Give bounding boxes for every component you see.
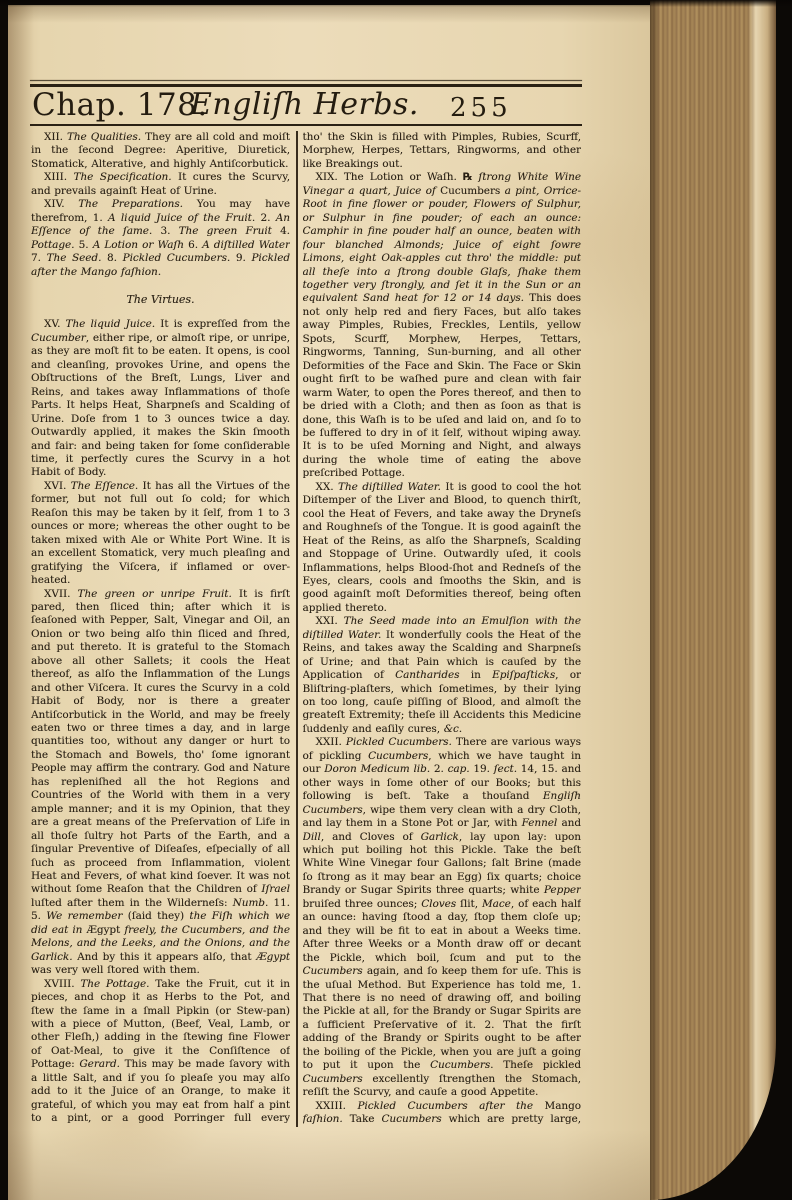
page-background: Chap. 178. Engliſh Herbs. 255 XII. The Q… (0, 0, 792, 1200)
header-rule-bottom (30, 124, 582, 126)
section-heading: The Virtues. (31, 293, 290, 306)
paragraph: XIV. The Preparations. You may have ther… (31, 198, 290, 279)
page-header: Chap. 178. Engliſh Herbs. 255 (30, 87, 582, 125)
column-divider (296, 131, 298, 1127)
chapter-label: Chap. 178. (32, 87, 208, 123)
right-column: tho' the Skin is filled with Pimples, Ru… (303, 131, 582, 1127)
paragraph: XXI. The Seed made into an Emulſion with… (303, 615, 582, 736)
paragraph: XVII. The green or unripe Fruit. It is f… (31, 588, 290, 978)
paragraph: XIII. The Specification. It cures the Sc… (31, 171, 290, 198)
book-page: Chap. 178. Engliſh Herbs. 255 XII. The Q… (8, 5, 658, 1200)
left-column: XII. The Qualities. They are all cold an… (31, 131, 290, 1127)
top-edge-shadow (0, 0, 792, 7)
header-rule-thin (30, 80, 582, 81)
paragraph: XVI. The Eſſence. It has all the Virtues… (31, 480, 290, 588)
paragraph: XX. The diſtilled Water. It is good to c… (303, 481, 582, 616)
running-title: Engliſh Herbs. (190, 87, 419, 122)
paragraph: tho' the Skin is filled with Pimples, Ru… (303, 131, 582, 171)
page-number: 255 (450, 93, 512, 123)
paragraph: XIX. The Lotion or Waſh. ℞ ſtrong White … (303, 171, 582, 480)
text-columns: XII. The Qualities. They are all cold an… (31, 131, 581, 1127)
paragraph: XV. The liquid Juice. It is expreſſed fr… (31, 318, 290, 479)
book-fore-edge (650, 0, 776, 1200)
paragraph: XXII. Pickled Cucumbers. There are vario… (303, 736, 582, 1099)
paragraph: XVIII. The Pottage. Take the Fruit, cut … (31, 978, 290, 1127)
paragraph: XXIII. Pickled Cucumbers after the Mango… (303, 1100, 582, 1127)
paragraph: XII. The Qualities. They are all cold an… (31, 131, 290, 171)
